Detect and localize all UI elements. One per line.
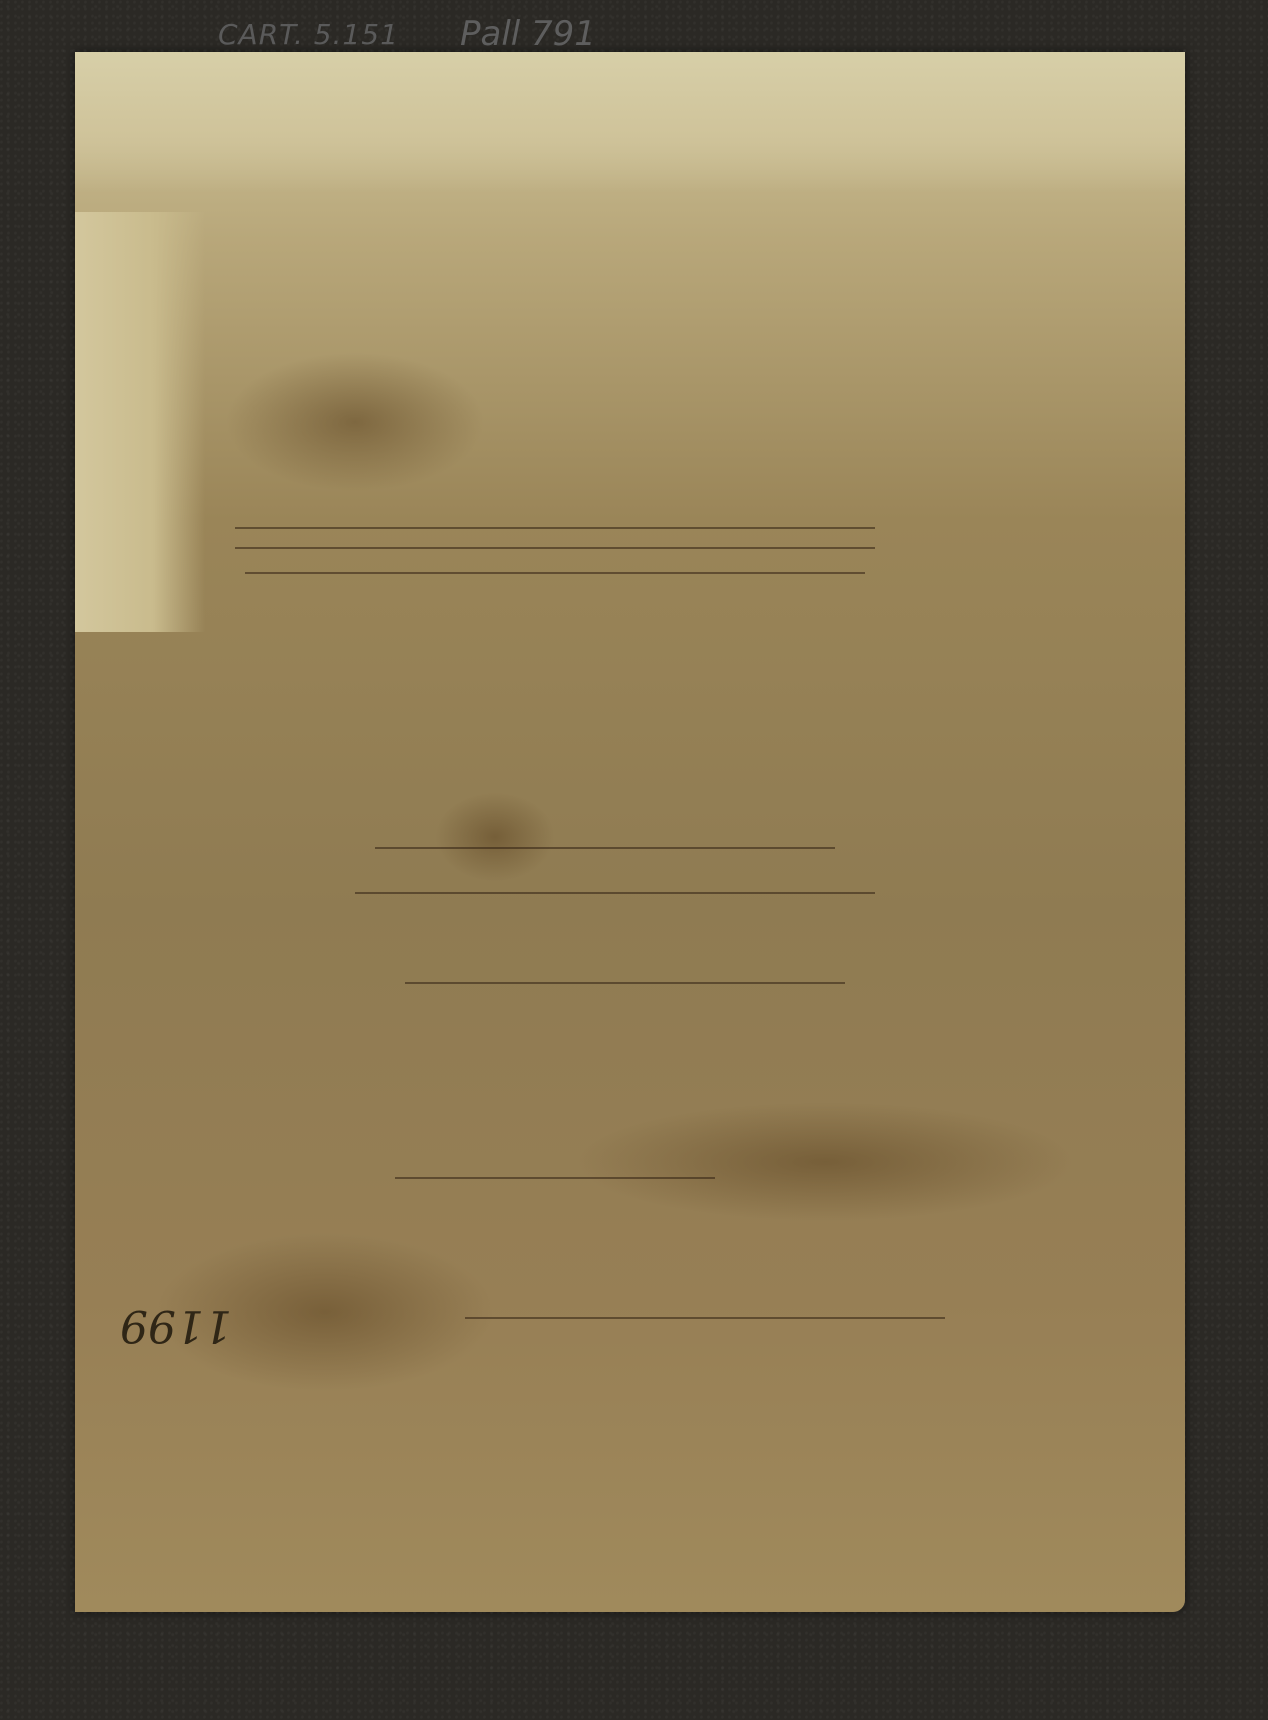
faded-script-line [235, 527, 875, 529]
pencil-shelfmark-2: Pall 791 [460, 14, 596, 54]
faded-script-line [235, 547, 875, 549]
faded-script-line [405, 982, 845, 984]
stain-blotch [225, 352, 485, 492]
stain-blotch [575, 1102, 1075, 1222]
faded-script-line [465, 1317, 945, 1319]
parchment-sheet [75, 52, 1185, 1612]
pale-left-margin [75, 212, 205, 632]
stain-blotch [435, 792, 555, 882]
ink-date-inverted: 1199 [120, 1300, 232, 1351]
faded-script-line [395, 1177, 715, 1179]
pale-top-margin [75, 52, 1185, 192]
faded-script-line [375, 847, 835, 849]
pencil-shelfmark: CART. 5.151 [218, 18, 399, 51]
faded-script-line [245, 572, 865, 574]
faded-script-line [355, 892, 875, 894]
